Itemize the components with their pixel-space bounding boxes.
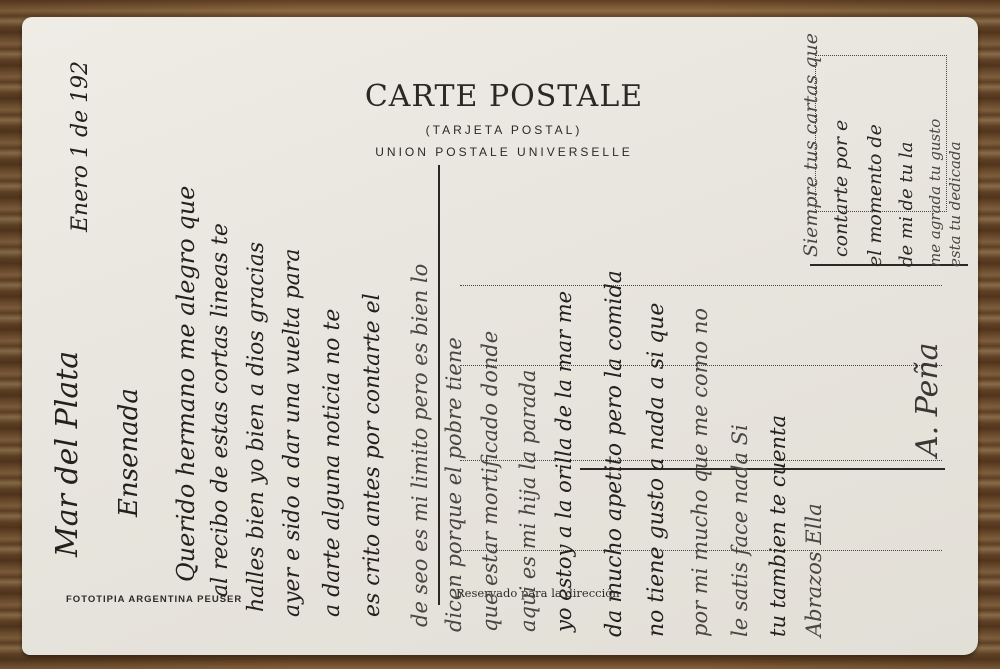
signature: A. Peña <box>910 342 945 457</box>
handwriting-line-2: al recibo de estas cortas lineas te <box>208 223 233 597</box>
handwriting-line-5: a darte alguna noticia no te <box>320 309 345 617</box>
corner-line-5: me agrada tu gusto <box>926 119 944 267</box>
handwriting-line-10: aqui es mi hija la parada <box>516 370 540 632</box>
handwriting-line-8: dicen porque el pobre tiene <box>442 337 466 632</box>
handwriting-line-3: halles bien yo bien a dios gracias <box>244 242 269 612</box>
handwriting-line-11: yo estoy a la orilla de la mar me <box>552 291 576 632</box>
handwriting-line-4: ayer e sido a dar una vuelta para <box>280 249 305 617</box>
corner-separator-line <box>810 264 968 266</box>
handwriting-heading-place: Mar del Plata <box>50 351 85 557</box>
address-line-1 <box>460 285 942 286</box>
handwriting-line-9: que estar mortificado donde <box>478 331 502 632</box>
address-underline <box>580 468 945 470</box>
corner-line-4: de mi de tu la <box>896 142 917 267</box>
printed-title: CARTE POSTALE <box>344 79 664 114</box>
handwriting-line-7: de seo es mi limito pero es bien lo <box>408 264 432 627</box>
corner-line-2: contarte por e <box>830 120 852 257</box>
handwriting-heading-date: Enero 1 de 192 <box>68 61 93 232</box>
corner-line-1: Siempre tus cartas que <box>800 33 822 257</box>
vertical-divider <box>438 165 440 605</box>
printed-union: UNION POSTALE UNIVERSELLE <box>344 145 664 159</box>
handwriting-line-13: no tiene gusto a nada a si que <box>644 303 669 637</box>
handwriting-line-12: da mucho apetito pero la comida <box>602 270 627 637</box>
handwriting-line-16: tu tambien te cuenta <box>766 415 790 637</box>
corner-line-6: esta tu dedicada <box>946 141 964 267</box>
postcard: CARTE POSTALE (TARJETA POSTAL) UNION POS… <box>22 17 978 655</box>
handwriting-line-17: Abrazos Ella <box>802 503 826 637</box>
handwriting-line-1: Querido hermano me alegro que <box>172 186 200 582</box>
handwriting-line-14: por mi mucho que me como no <box>688 308 712 637</box>
handwriting-greeting-place: Ensenada <box>114 388 144 517</box>
handwriting-line-6: es crito antes por contarte el <box>360 293 385 617</box>
handwriting-line-15: le satis face nada Si <box>728 424 752 637</box>
corner-line-3: el momento de <box>864 124 886 267</box>
printed-subtitle: (TARJETA POSTAL) <box>344 123 664 137</box>
